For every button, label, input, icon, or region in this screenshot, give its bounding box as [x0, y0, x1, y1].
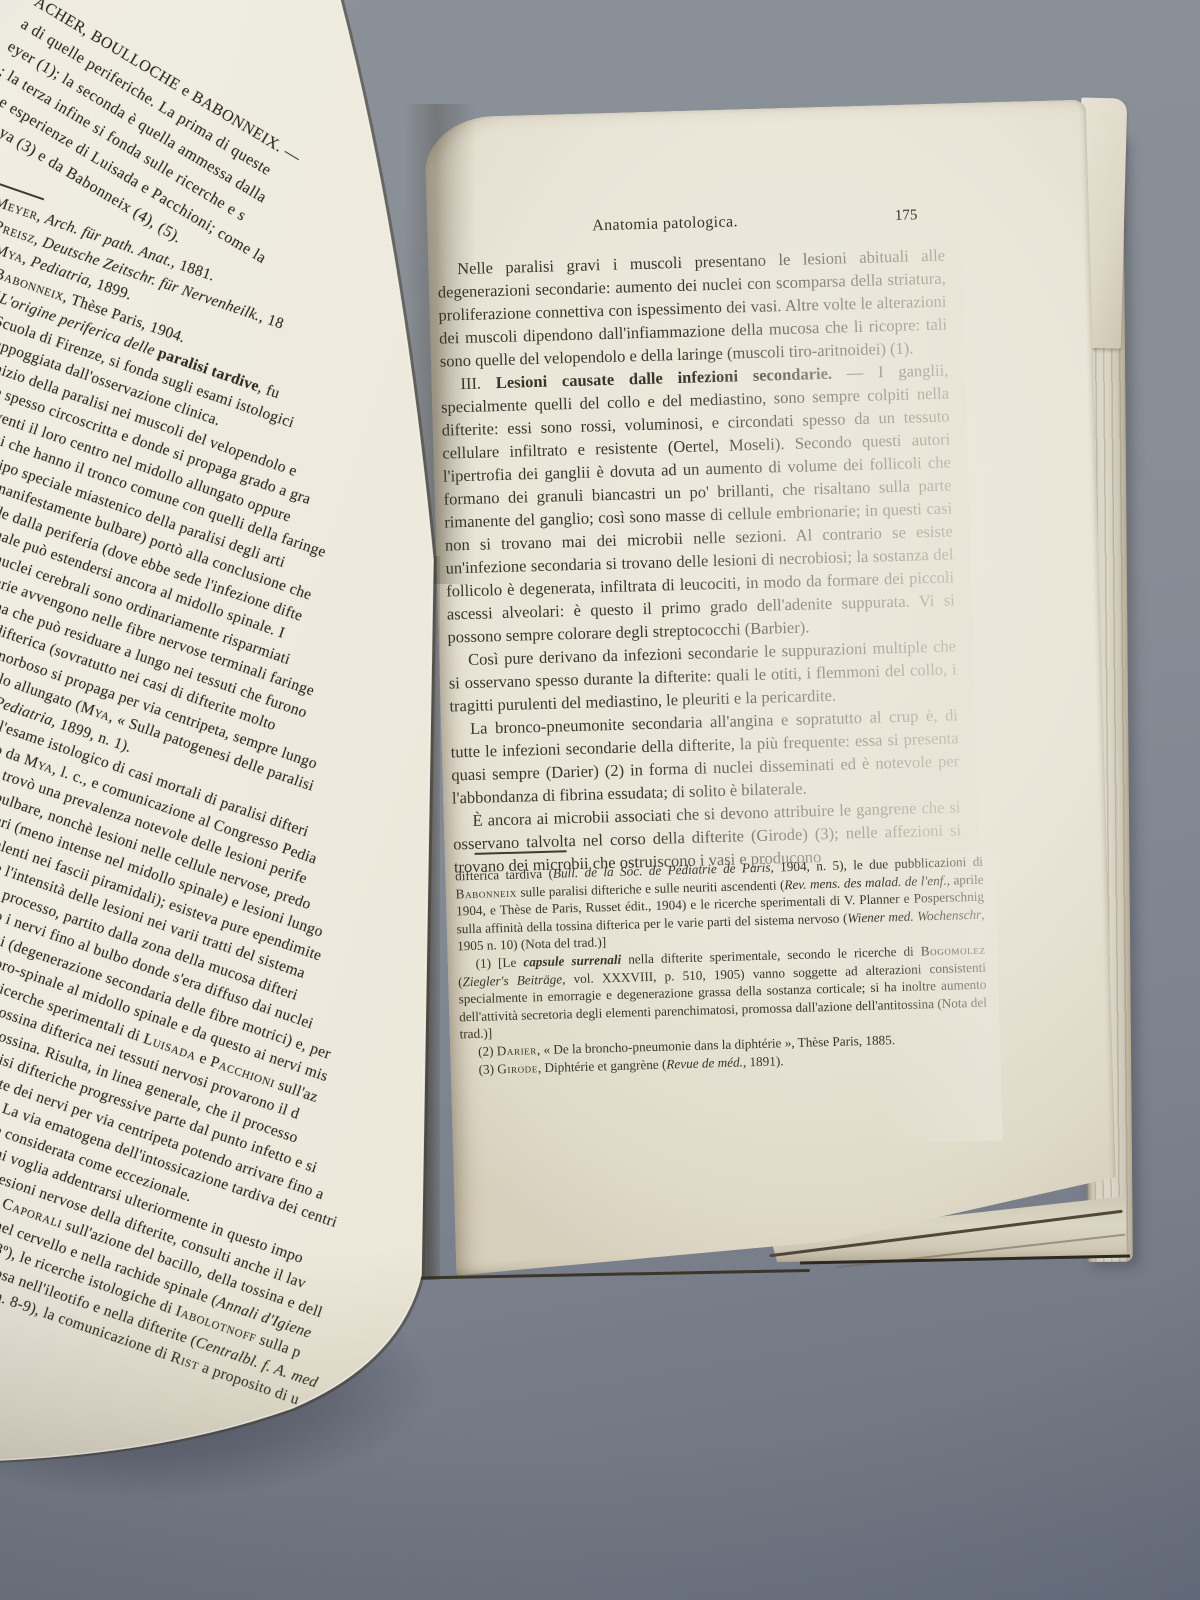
text-segment: , 1891). — [743, 1053, 784, 1069]
right-page: Anatomia patologica. 175 Nelle paralisi … — [424, 100, 1118, 1276]
text-segment: Babonneix — [455, 884, 517, 901]
text-segment: — I ganglii, specialmente quelli del col… — [441, 360, 955, 646]
text-segment: capsule surrenali — [523, 952, 621, 970]
footnotes: difterica tardiva (Bull. de la Soc. de P… — [455, 853, 989, 1079]
body-paragraph: III. Lesioni causate dalle infezioni sec… — [440, 358, 956, 648]
page-number: 175 — [895, 207, 918, 225]
text-segment: difterica tardiva ( — [455, 866, 553, 884]
text-segment: , Diphtérie et gangrène ( — [538, 1056, 667, 1075]
text-segment: Così pure derivano da infezioni secondar… — [449, 636, 957, 715]
text-segment: Wiener med. Wochenschr — [847, 907, 981, 926]
text-segment: Rev. mens. des malad. de l'enf. — [784, 872, 947, 892]
text-segment: Girode — [497, 1060, 538, 1076]
text-segment: Darier — [497, 1042, 538, 1058]
footnote: (1) [Le capsule surrenali nella difterit… — [457, 941, 987, 1044]
body-paragraph: La bronco-pneumonite secondaria all'angi… — [450, 703, 960, 809]
text-segment: (1) [Le — [475, 955, 523, 971]
body-paragraph: Nelle paralisi gravi i muscoli presentan… — [437, 244, 948, 373]
book-photo-stage: 3 Anatomia patologica. 175 Nelle paralis… — [0, 0, 1200, 1600]
text-segment: (3) — [478, 1061, 497, 1077]
text-segment: Bogomolez — [921, 942, 986, 959]
text-segment: Revue de méd. — [666, 1054, 743, 1071]
page-body-text: Nelle paralisi gravi i muscoli presentan… — [437, 244, 962, 879]
text-segment: (2) — [478, 1043, 497, 1059]
text-segment: , fu — [256, 379, 282, 402]
text-segment: Ziegler's Beiträge — [462, 971, 562, 989]
text-segment: Nelle paralisi gravi i muscoli presentan… — [438, 246, 948, 371]
running-header-title: Anatomia patologica. — [592, 213, 738, 235]
text-segment: , 18 — [257, 308, 286, 332]
footnote: difterica tardiva (Bull. de la Soc. de P… — [455, 853, 985, 956]
text-segment: La bronco-pneumonite secondaria all'angi… — [450, 705, 959, 807]
